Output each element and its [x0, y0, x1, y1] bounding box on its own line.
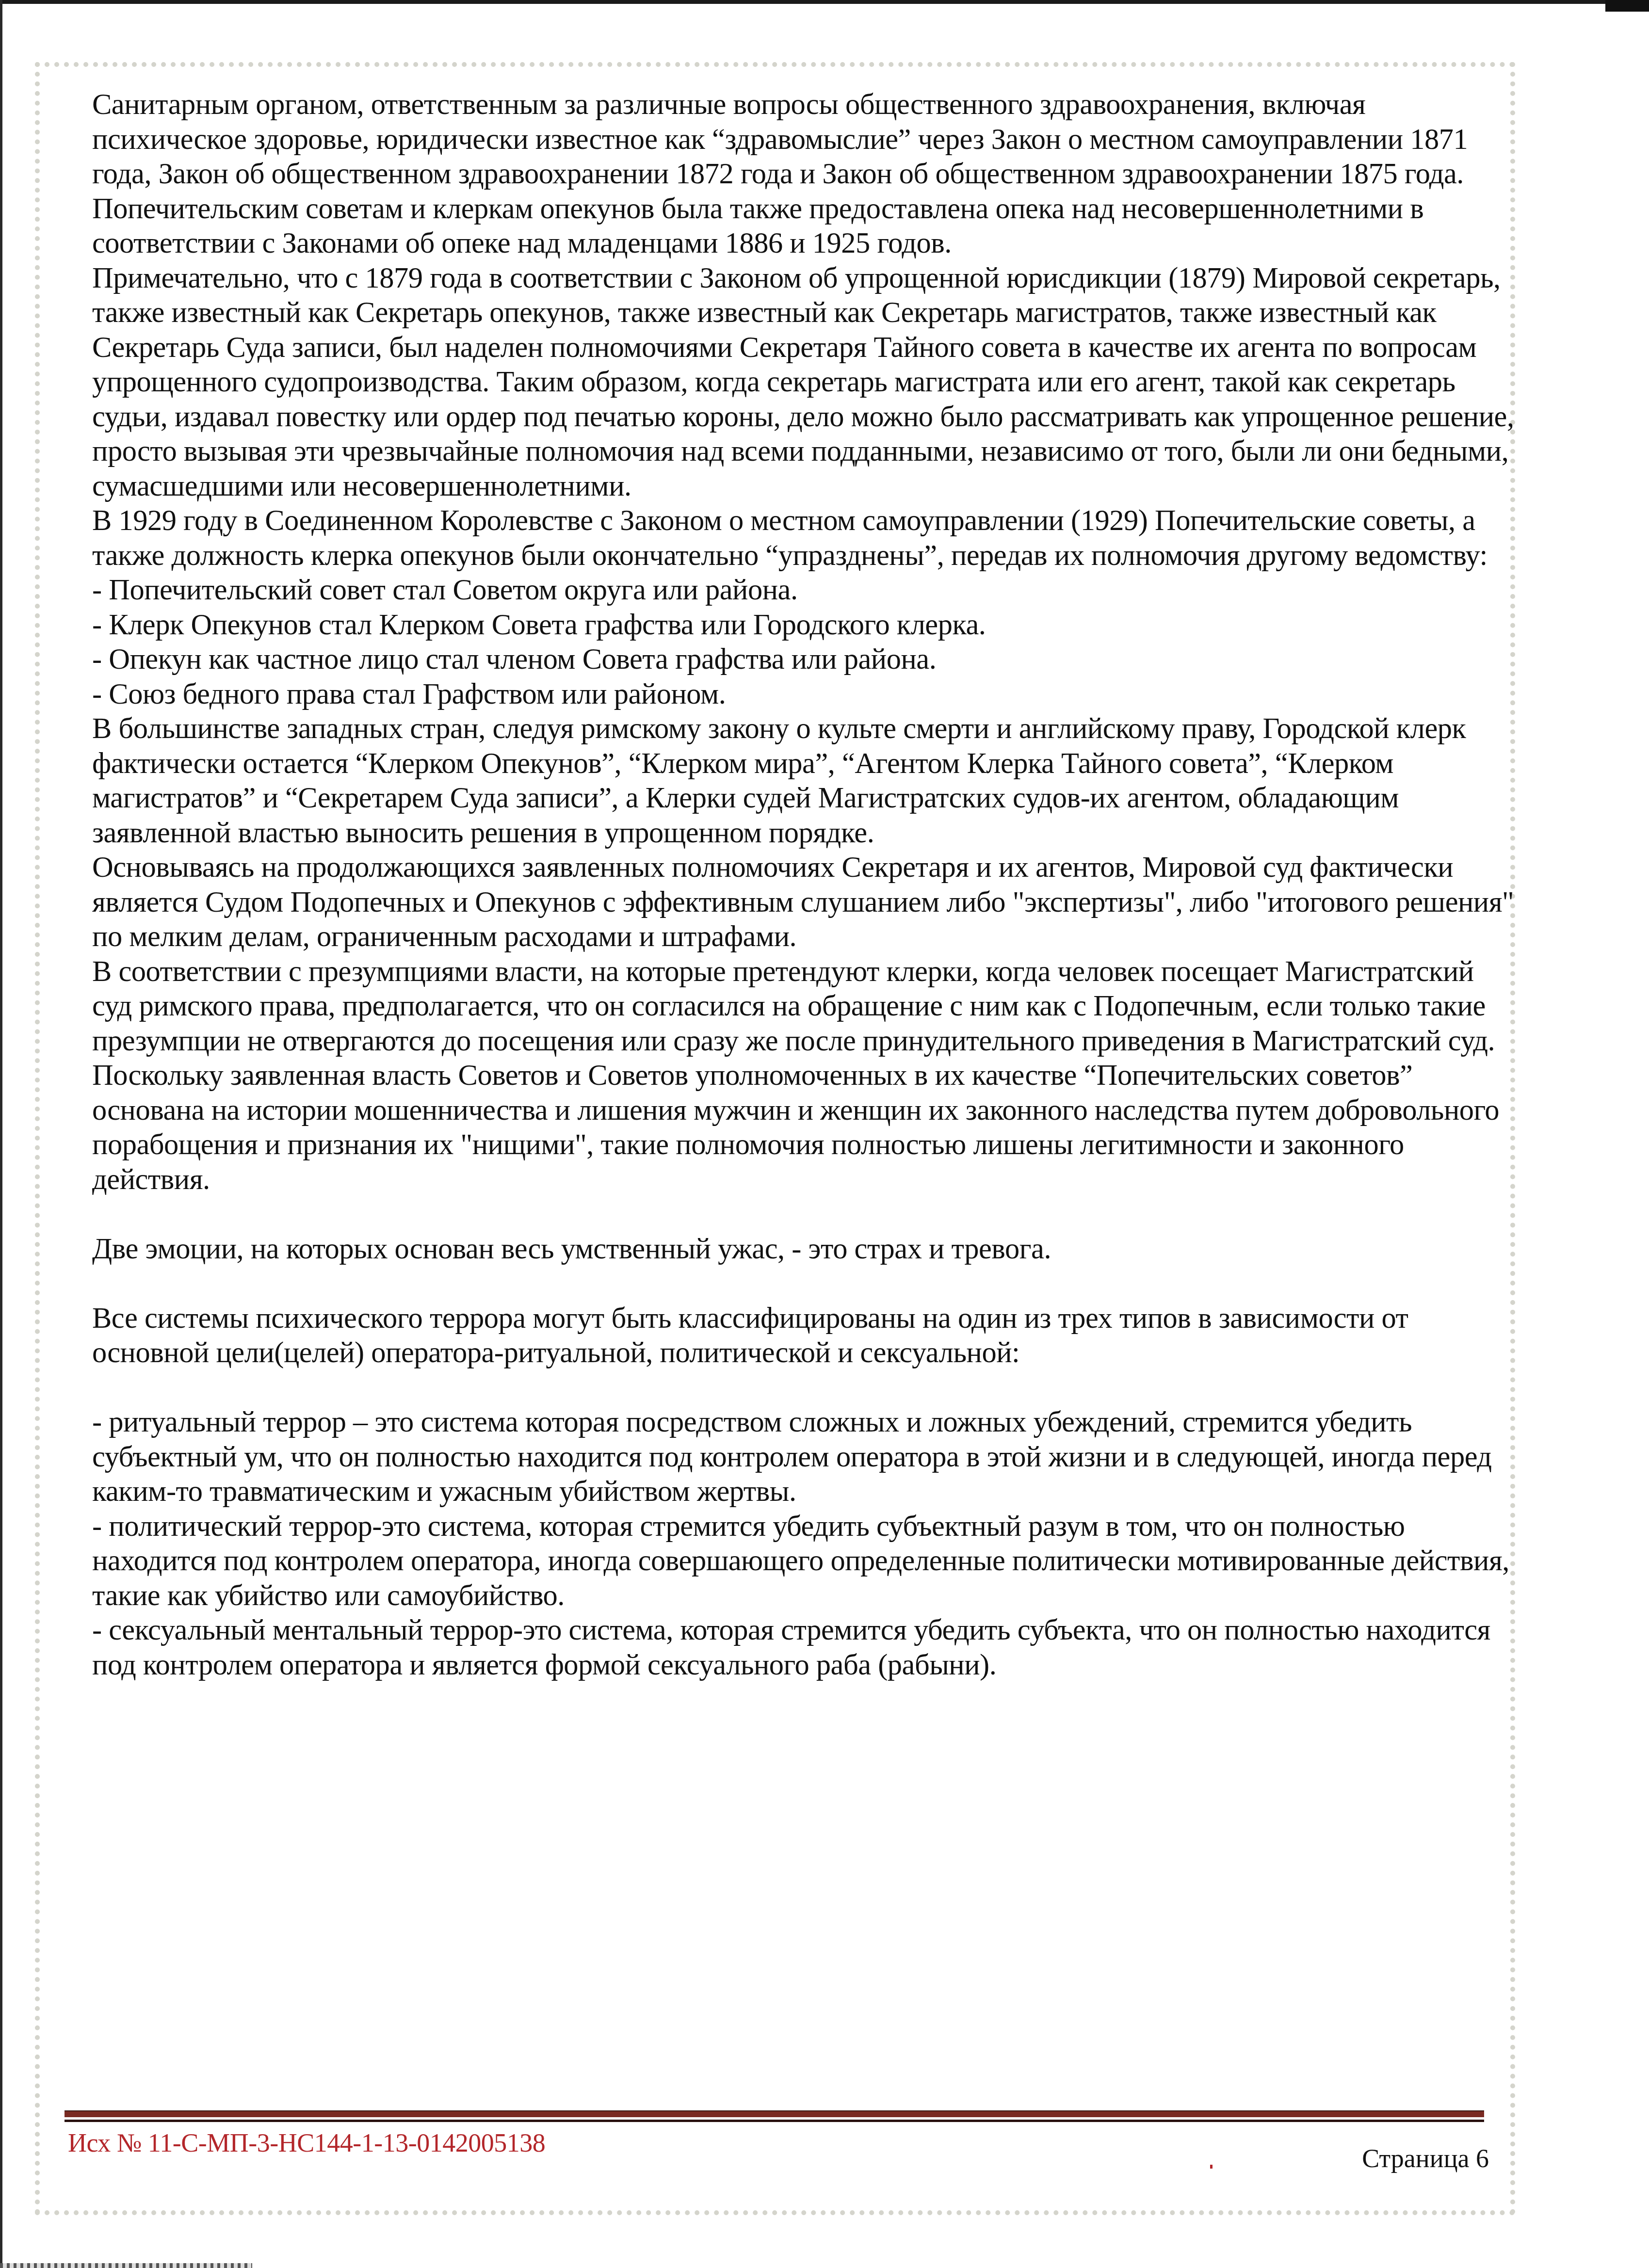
outgoing-document-number: Исх № 11-С-МП-3-НС144-1-13-0142005138	[68, 2128, 545, 2158]
terror-type-sexual: - сексуальный ментальный террор-это сист…	[92, 1613, 1518, 1682]
scan-edge-bottom	[0, 2263, 252, 2268]
page-number: Страница 6	[1362, 2143, 1489, 2173]
list-item: - Союз бедного права стал Графством или …	[92, 677, 1518, 712]
paragraph-presumptions: В соответствии с презумпциями власти, на…	[92, 954, 1518, 1059]
paragraph-councils-authority: Поскольку заявленная власть Советов и Со…	[92, 1058, 1518, 1197]
list-item: - Попечительский совет стал Советом окру…	[92, 573, 1518, 608]
paragraph-summary-jurisdiction: Примечательно, что с 1879 года в соответ…	[92, 261, 1518, 504]
emotions-statement: Две эмоции, на которых основан весь умст…	[92, 1232, 1518, 1267]
footer-divider	[65, 2110, 1484, 2123]
list-item: - Опекун как частное лицо стал членом Со…	[92, 642, 1518, 677]
paragraph-magistrates-court: Основываясь на продолжающихся заявленных…	[92, 850, 1518, 954]
paragraph-sanitary-authority: Санитарным органом, ответственным за раз…	[92, 87, 1518, 261]
paragraph-western-countries: В большинстве западных стран, следуя рим…	[92, 711, 1518, 850]
spacer	[92, 1197, 1518, 1232]
spacer	[92, 1266, 1518, 1301]
scan-edge-left	[0, 0, 2, 2268]
spacer	[92, 1370, 1518, 1405]
footer-divider-thick	[65, 2110, 1484, 2117]
scan-edge-top-right	[1605, 0, 1649, 12]
terror-type-ritual: - ритуальный террор – это система котора…	[92, 1405, 1518, 1509]
scan-edge-top	[0, 0, 1649, 4]
scan-speck	[1210, 2165, 1212, 2169]
document-body: Санитарным органом, ответственным за раз…	[92, 87, 1518, 1682]
classification-intro: Все системы психического террора могут б…	[92, 1301, 1518, 1370]
terror-type-political: - политический террор-это система, котор…	[92, 1509, 1518, 1613]
footer-divider-thin	[65, 2120, 1484, 2122]
paragraph-1929-act: В 1929 году в Соединенном Королевстве с …	[92, 503, 1518, 573]
list-item: - Клерк Опекунов стал Клерком Совета гра…	[92, 608, 1518, 643]
